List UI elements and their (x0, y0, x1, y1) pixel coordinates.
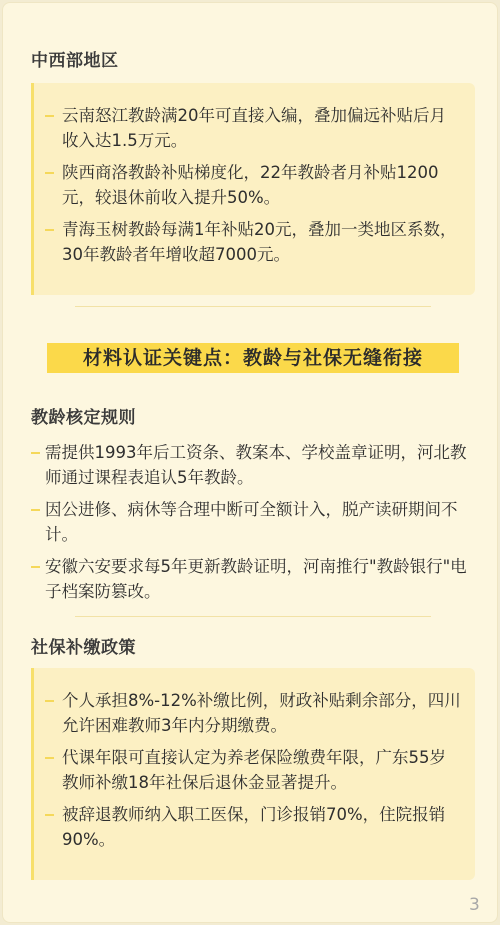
central-west-box: 云南怒江教龄满20年可直接入编，叠加偏远补贴后月收入达1.5万元。 陕西商洛教龄… (31, 83, 475, 295)
dash-bullet-icon (45, 115, 54, 117)
dash-bullet-icon (45, 229, 54, 231)
dash-bullet-icon (45, 814, 54, 816)
list-item: 安徽六安要求每5年更新教龄证明，河南推行"教龄银行"电子档案防篡改。 (31, 554, 471, 604)
teaching-age-rules-list: 需提供1993年后工资条、教案本、学校盖章证明，河北教师通过课程表追认5年教龄。… (31, 440, 471, 611)
dash-bullet-icon (45, 172, 54, 174)
social-security-box: 个人承担8%-12%补缴比例，财政补贴剩余部分，四川允许困难教师3年内分期缴费。… (31, 668, 475, 880)
list-item: 陕西商洛教龄补贴梯度化，22年教龄者月补贴1200元，较退休前收入提升50%。 (34, 160, 461, 210)
list-item: 代课年限可直接认定为养老保险缴费年限，广东55岁教师补缴18年社保后退休金显著提… (34, 745, 461, 795)
list-item: 个人承担8%-12%补缴比例，财政补贴剩余部分，四川允许困难教师3年内分期缴费。 (34, 688, 461, 738)
highlight-title: 材料认证关键点：教龄与社保无缝衔接 (47, 343, 459, 373)
section-title-social-security: 社保补缴政策 (31, 633, 136, 658)
list-item: 被辞退教师纳入职工医保，门诊报销70%，住院报销90%。 (34, 802, 461, 852)
divider (75, 306, 431, 307)
list-item: 需提供1993年后工资条、教案本、学校盖章证明，河北教师通过课程表追认5年教龄。 (31, 440, 471, 490)
list-item: 云南怒江教龄满20年可直接入编，叠加偏远补贴后月收入达1.5万元。 (34, 103, 461, 153)
section-title-central-west: 中西部地区 (31, 46, 119, 71)
dash-bullet-icon (45, 700, 54, 702)
dash-bullet-icon (45, 757, 54, 759)
page-card: 中西部地区 云南怒江教龄满20年可直接入编，叠加偏远补贴后月收入达1.5万元。 … (2, 2, 498, 923)
dash-bullet-icon (31, 509, 40, 511)
divider (75, 616, 431, 617)
section-title-teaching-age-rules: 教龄核定规则 (31, 403, 136, 428)
list-item: 因公进修、病休等合理中断可全额计入，脱产读研期间不计。 (31, 497, 471, 547)
page-number: 3 (469, 895, 480, 915)
list-item: 青海玉树教龄每满1年补贴20元，叠加一类地区系数，30年教龄者年增收超7000元… (34, 217, 461, 267)
dash-bullet-icon (31, 452, 40, 454)
dash-bullet-icon (31, 566, 40, 568)
